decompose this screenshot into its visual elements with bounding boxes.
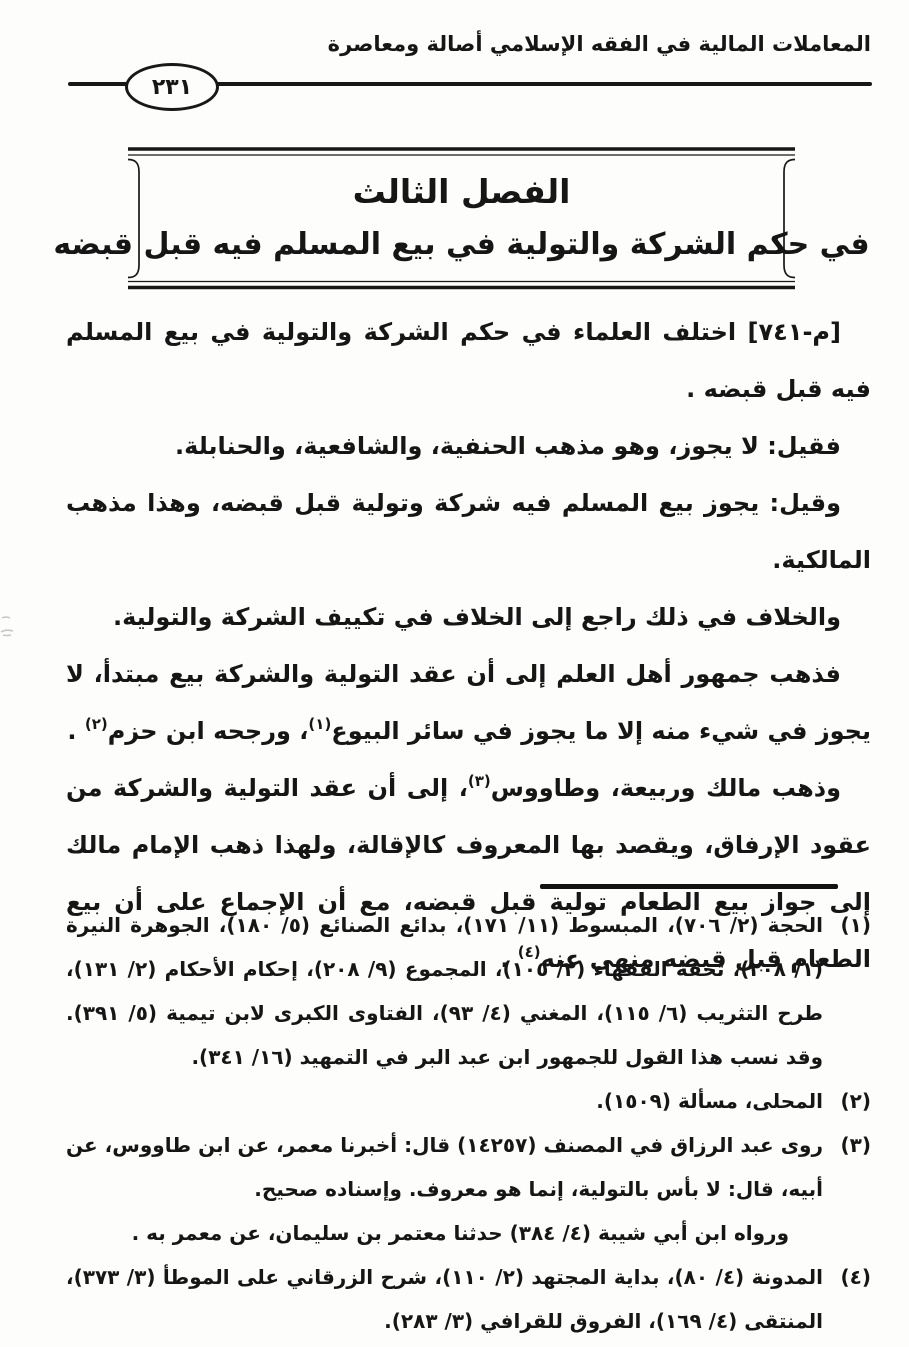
paragraph: فقيل: لا يجوز، وهو مذهب الحنفية، والشافع… xyxy=(66,418,871,475)
footnote-ref: (٢) xyxy=(85,715,108,733)
footnote-text: المحلى، مسألة (١٥٠٩). xyxy=(66,1079,823,1123)
page-number: ٢٣١ xyxy=(152,75,192,100)
scan-artifact xyxy=(0,612,18,642)
footnote-line: المحلى، مسألة (١٥٠٩). xyxy=(66,1079,823,1123)
footnote-marker: (٤) xyxy=(823,1255,871,1299)
footnote-ref: (٣) xyxy=(468,772,491,790)
footnotes-list: (١)الحجة (٢/ ٧٠٦)، المبسوط (١١/ ١٧١)، بد… xyxy=(66,903,871,1343)
footnote: (٢)المحلى، مسألة (١٥٠٩). xyxy=(66,1079,871,1123)
page-number-badge: ٢٣١ xyxy=(125,63,219,111)
footnote-text: الحجة (٢/ ٧٠٦)، المبسوط (١١/ ١٧١)، بدائع… xyxy=(66,903,823,1079)
footnote: (١)الحجة (٢/ ٧٠٦)، المبسوط (١١/ ١٧١)، بد… xyxy=(66,903,871,1079)
chapter-box: الفصل الثالث في حكم الشركة والتولية في ب… xyxy=(128,147,795,290)
paragraph: والخلاف في ذلك راجع إلى الخلاف في تكييف … xyxy=(66,589,871,646)
chapter-title: الفصل الثالث xyxy=(353,172,571,212)
footnote-line: الحجة (٢/ ٧٠٦)، المبسوط (١١/ ١٧١)، بدائع… xyxy=(66,903,823,1079)
paragraph: فذهب جمهور أهل العلم إلى أن عقد التولية … xyxy=(66,646,871,760)
chapter-titles: الفصل الثالث في حكم الشركة والتولية في ب… xyxy=(142,157,781,278)
footnote-marker: (٢) xyxy=(823,1079,871,1123)
footnote: (٣)روى عبد الرزاق في المصنف (١٤٢٥٧) قال:… xyxy=(66,1123,871,1255)
footnote-line: روى عبد الرزاق في المصنف (١٤٢٥٧) قال: أخ… xyxy=(66,1123,823,1211)
footnote-line: ورواه ابن أبي شيبة (٤/ ٣٨٤) حدثنا معتمر … xyxy=(66,1211,823,1255)
chapter-subtitle: في حكم الشركة والتولية في بيع المسلم فيه… xyxy=(53,227,869,263)
paragraph: [م-٧٤١] اختلف العلماء في حكم الشركة والت… xyxy=(66,304,871,418)
footnote-text: المدونة (٤/ ٨٠)، بداية المجتهد (٢/ ١١٠)،… xyxy=(66,1255,823,1343)
book-page: المعاملات المالية في الفقه الإسلامي أصال… xyxy=(0,0,909,1347)
footnote-separator xyxy=(540,884,838,889)
footnote-marker: (٣) xyxy=(823,1123,871,1167)
footnote-ref: (١) xyxy=(308,715,331,733)
footnote-line: المدونة (٤/ ٨٠)، بداية المجتهد (٢/ ١١٠)،… xyxy=(66,1255,823,1343)
book-header-title: المعاملات المالية في الفقه الإسلامي أصال… xyxy=(328,32,871,56)
footnote-text: روى عبد الرزاق في المصنف (١٤٢٥٧) قال: أخ… xyxy=(66,1123,823,1255)
footnote-marker: (١) xyxy=(823,903,871,947)
paragraph: وقيل: يجوز بيع المسلم فيه شركة وتولية قب… xyxy=(66,475,871,589)
footnote: (٤)المدونة (٤/ ٨٠)، بداية المجتهد (٢/ ١١… xyxy=(66,1255,871,1343)
